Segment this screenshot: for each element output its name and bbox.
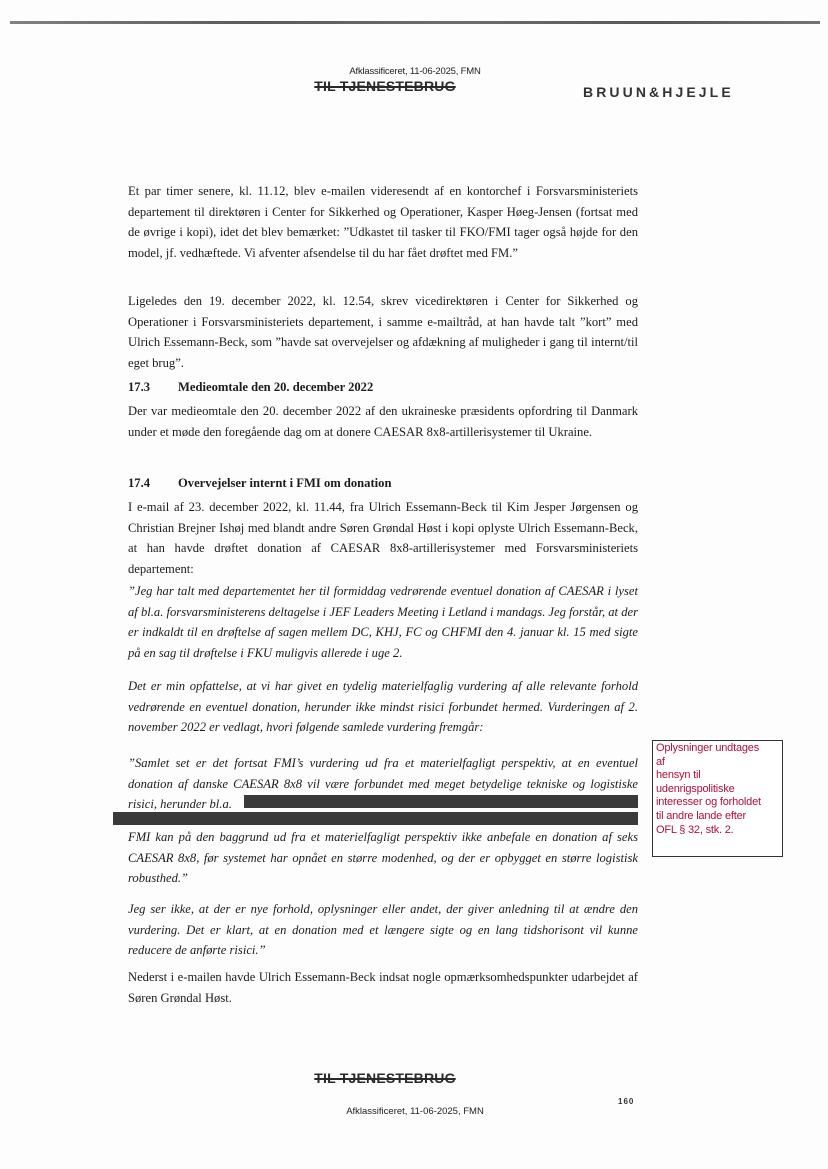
note-line: hensyn til [656, 769, 779, 783]
redaction-bar [113, 812, 638, 825]
declassification-stamp-bottom: Afklassificeret, 11-06-2025, FMN [300, 1106, 530, 1117]
paragraph-vicedirector: Ligeledes den 19. december 2022, kl. 12.… [128, 291, 638, 373]
note-line: udenrigspolitiske [656, 783, 779, 797]
note-line: interesser og forholdet [656, 796, 779, 810]
quote-assessment: Det er min opfattelse, at vi har givet e… [128, 676, 638, 738]
scan-border-line [10, 21, 820, 24]
quote-no-new-circumstances: Jeg ser ikke, at der er nye forhold, opl… [128, 899, 638, 961]
paragraph-closing: Nederst i e-mailen havde Ulrich Essemann… [128, 967, 638, 1008]
paragraph-forwarded-email: Et par timer senere, kl. 11.12, blev e-m… [128, 181, 638, 263]
section-title: Medieomtale den 20. december 2022 [178, 380, 373, 394]
section-number: 17.3 [128, 380, 178, 395]
section-heading-17-4: 17.4Overvejelser internt i FMI om donati… [128, 476, 638, 491]
section-title: Overvejelser internt i FMI om donation [178, 476, 391, 490]
section-heading-17-3: 17.3Medieomtale den 20. december 2022 [128, 380, 638, 395]
redaction-bar [244, 795, 638, 808]
quote-fmi-assessment-end: FMI kan på den baggrund ud fra et materi… [128, 827, 638, 889]
note-line: OFL § 32, stk. 2. [656, 824, 779, 838]
note-line: Oplysninger undtages [656, 742, 779, 756]
paragraph-media-coverage: Der var medieomtale den 20. december 202… [128, 401, 638, 442]
note-line: af [656, 756, 779, 770]
page-number: 160 [618, 1097, 634, 1106]
section-number: 17.4 [128, 476, 178, 491]
classification-marking-top: TIL TJENESTEBRUG [300, 78, 470, 94]
classification-marking-bottom: TIL TJENESTEBRUG [300, 1070, 470, 1086]
paragraph-email-intro: I e-mail af 23. december 2022, kl. 11.44… [128, 497, 638, 579]
firm-logo: BRUUN&HJEJLE [583, 84, 734, 100]
note-line: til andre lande efter [656, 810, 779, 824]
declassification-stamp-top: Afklassificeret, 11-06-2025, FMN [300, 66, 530, 77]
redaction-justification-note: Oplysninger undtages af hensyn til udenr… [652, 740, 783, 857]
quote-department-talk: ”Jeg har talt med departementet her til … [128, 581, 638, 663]
